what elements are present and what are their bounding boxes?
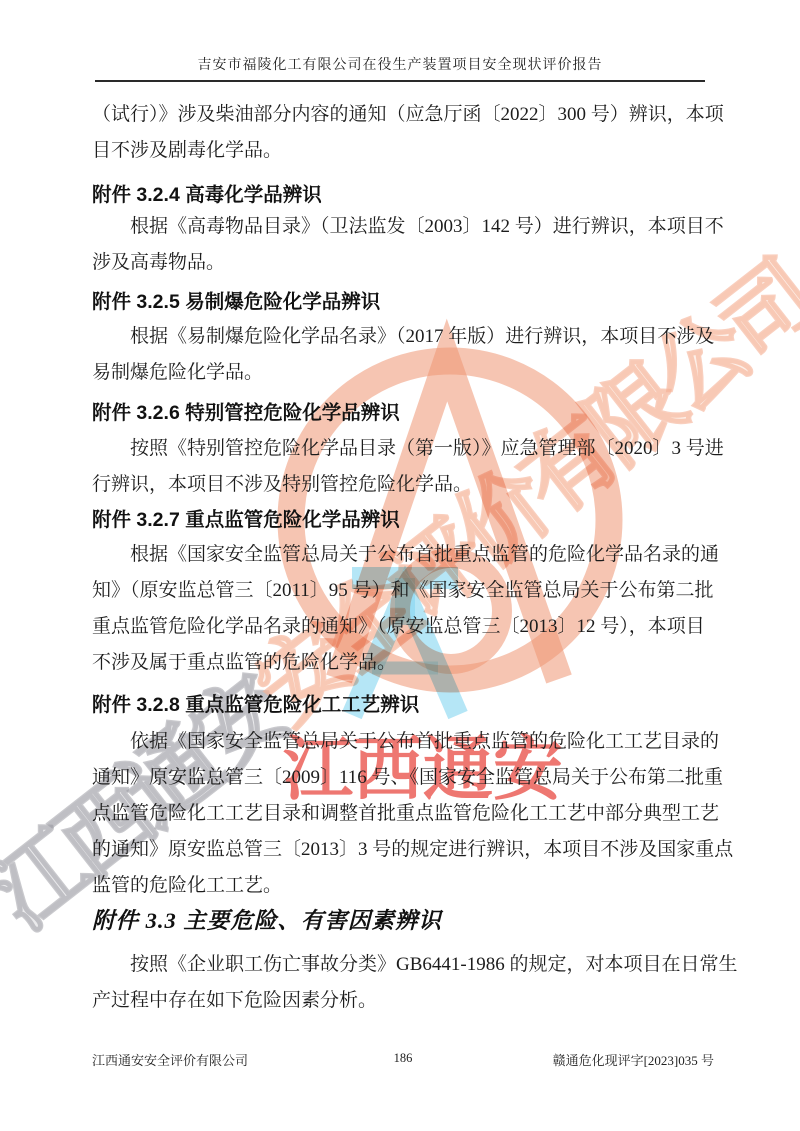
paragraph-3-2-6: 按照《特别管控危险化学品目录（第一版）》应急管理部〔2020〕3 号进 行辨识，…	[92, 431, 714, 503]
paragraph-line: 产过程中存在如下危险因素分析。	[92, 983, 714, 1019]
document-page: 江西通安安全评价有限公司 江西通安 吉安市福陵化工有限公司在役生产装置项目安全现…	[0, 0, 800, 1131]
paragraph-line: 点监管危险化工工艺目录和调整首批重点监管危险化工工艺中部分典型工艺	[92, 796, 714, 832]
section-heading-3-2-6: 附件 3.2.6 特别管控危险化学品辨识	[92, 395, 714, 431]
paragraph-line: 的通知》原安监总管三〔2013〕3 号的规定进行辨识，本项目不涉及国家重点	[92, 832, 714, 868]
paragraph-line: 根据《国家安全监管总局关于公布首批重点监管的危险化学品名录的通	[92, 537, 714, 573]
paragraph-line: 根据《易制爆危险化学品名录》（2017 年版）进行辨识，本项目不涉及	[92, 319, 714, 355]
paragraph-intro: （试行）》涉及柴油部分内容的通知（应急厅函〔2022〕300 号）辨识，本项 目…	[92, 97, 714, 169]
paragraph-line: 按照《企业职工伤亡事故分类》GB6441-1986 的规定，对本项目在日常生	[92, 947, 714, 983]
section-heading-3-2-5: 附件 3.2.5 易制爆危险化学品辨识	[92, 284, 714, 320]
section-heading-3-2-7: 附件 3.2.7 重点监管危险化学品辨识	[92, 502, 714, 538]
paragraph-line: 不涉及属于重点监管的危险化学品。	[92, 645, 714, 681]
paragraph-line: 知》（原安监总管三〔2011〕95 号）和《国家安全监管总局关于公布第二批	[92, 573, 714, 609]
header-divider	[95, 80, 705, 82]
section-heading-3-2-8: 附件 3.2.8 重点监管危险化工工艺辨识	[92, 687, 714, 723]
section-heading-3-2-4: 附件 3.2.4 高毒化学品辨识	[92, 177, 714, 213]
paragraph-line: 目不涉及剧毒化学品。	[92, 133, 714, 169]
paragraph-3-3: 按照《企业职工伤亡事故分类》GB6441-1986 的规定，对本项目在日常生 产…	[92, 947, 714, 1019]
paragraph-3-2-7: 根据《国家安全监管总局关于公布首批重点监管的危险化学品名录的通 知》（原安监总管…	[92, 537, 714, 681]
paragraph-line: 行辨识，本项目不涉及特别管控危险化学品。	[92, 467, 714, 503]
paragraph-line: 通知》原安监总管三〔2009〕116 号、《国家安全监管总局关于公布第二批重	[92, 760, 714, 796]
paragraph-3-2-4: 根据《高毒物品目录》（卫法监发〔2003〕142 号）进行辨识，本项目不 涉及高…	[92, 209, 714, 281]
section-heading-3-3: 附件 3.3 主要危险、有害因素辨识	[92, 903, 714, 939]
paragraph-line: 涉及高毒物品。	[92, 245, 714, 281]
paragraph-line: 根据《高毒物品目录》（卫法监发〔2003〕142 号）进行辨识，本项目不	[92, 209, 714, 245]
paragraph-line: 依据《国家安全监管总局关于公布首批重点监管的危险化工工艺目录的	[92, 724, 714, 760]
paragraph-3-2-8: 依据《国家安全监管总局关于公布首批重点监管的危险化工工艺目录的 通知》原安监总管…	[92, 724, 714, 904]
report-header-title: 吉安市福陵化工有限公司在役生产装置项目安全现状评价报告	[0, 54, 800, 74]
paragraph-line: （试行）》涉及柴油部分内容的通知（应急厅函〔2022〕300 号）辨识，本项	[92, 97, 714, 133]
paragraph-line: 监管的危险化工工艺。	[92, 868, 714, 904]
paragraph-3-2-5: 根据《易制爆危险化学品名录》（2017 年版）进行辨识，本项目不涉及 易制爆危险…	[92, 319, 714, 391]
paragraph-line: 易制爆危险化学品。	[92, 355, 714, 391]
page-footer: 江西通安安全评价有限公司 186 赣通危化现评字[2023]035 号	[92, 1050, 714, 1074]
paragraph-line: 按照《特别管控危险化学品目录（第一版）》应急管理部〔2020〕3 号进	[92, 431, 714, 467]
footer-doc-number: 赣通危化现评字[2023]035 号	[553, 1050, 714, 1069]
paragraph-line: 重点监管危险化学品名录的通知》（原安监总管三〔2013〕12 号），本项目	[92, 609, 714, 645]
